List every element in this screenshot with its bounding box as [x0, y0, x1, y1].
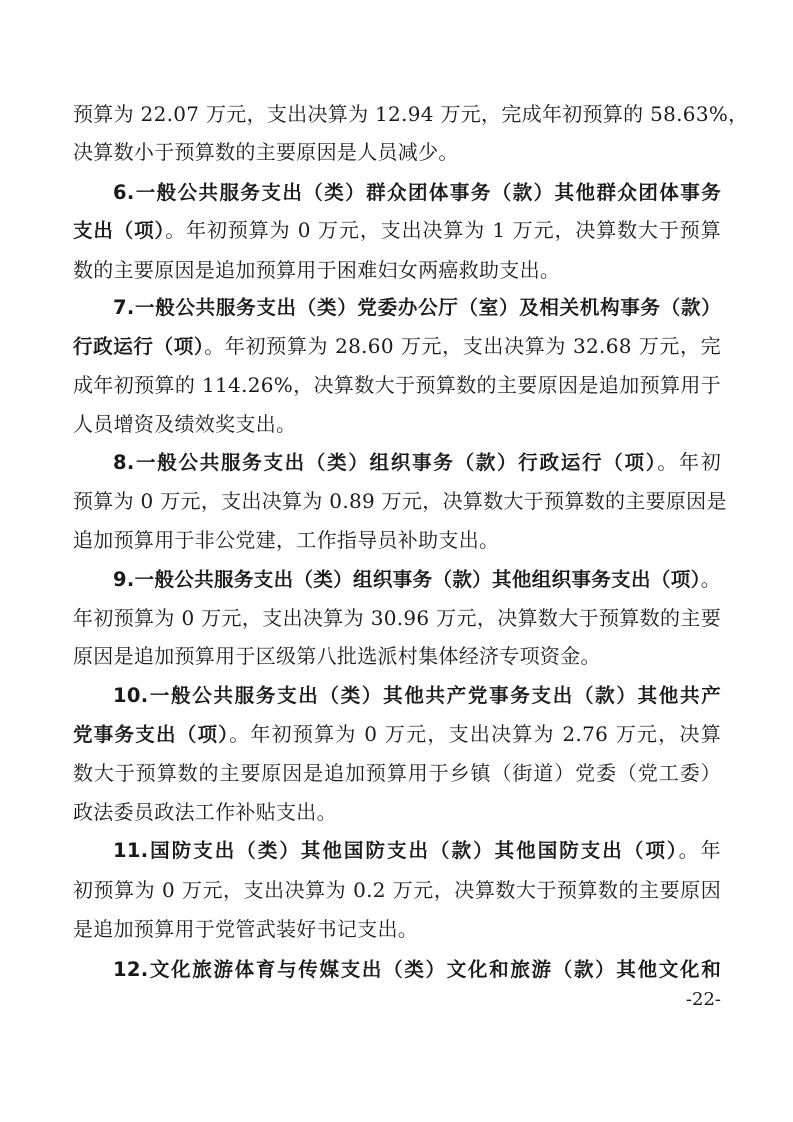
item-heading-line: 9.一般公共服务支出（类）组织事务（款）其他组织事务支出（项）。 [113, 564, 721, 594]
item-heading-text: 10.一般公共服务支出（类）其他共产党事务支出（款）其他共产 [113, 684, 721, 707]
paragraph-line: 年初预算为 0 万元，支出决算为 30.96 万元，决算数大于预算数的主要 [73, 603, 721, 633]
body-text: 人员增资及绩效奖支出。 [73, 412, 296, 436]
paragraph-line: 是追加预算用于党管武装好书记支出。 [73, 914, 721, 944]
body-text: 政法委员政法工作补贴支出。 [73, 800, 337, 824]
item-heading-line: 11.国防支出（类）其他国防支出（款）其他国防支出（项）。年 [113, 835, 721, 865]
body-text: 追加预算用于非公党建，工作指导员补助支出。 [73, 528, 499, 552]
paragraph-line: 追加预算用于非公党建，工作指导员补助支出。 [73, 525, 721, 555]
body-text: 原因是追加预算用于区级第八批选派村集体经济专项资金。 [73, 644, 601, 668]
paragraph-line: 党事务支出（项）。年初预算为 0 万元，支出决算为 2.76 万元，决算 [73, 719, 721, 749]
item-heading-line: 7.一般公共服务支出（类）党委办公厅（室）及相关机构事务（款） [113, 292, 721, 322]
item-heading-text: 支出（项） [73, 219, 165, 242]
item-heading-line: 6.一般公共服务支出（类）群众团体事务（款）其他群众团体事务 [113, 177, 721, 207]
body-text: 。年初预算为 0 万元，支出决算为 2.76 万元，决算 [229, 722, 721, 746]
body-text: 成年初预算的 114.26%，决算数大于预算数的主要原因是追加预算用于 [73, 373, 721, 397]
paragraph-line: 预算为 0 万元，支出决算为 0.89 万元，决算数大于预算数的主要原因是 [73, 486, 721, 516]
paragraph-line: 决算数小于预算数的主要原因是人员减少。 [73, 137, 721, 167]
item-heading-text: 8.一般公共服务支出（类）组织事务（款）行政运行（项） [113, 451, 657, 474]
body-text: 年初预算为 0 万元，支出决算为 30.96 万元，决算数大于预算数的主要 [73, 606, 721, 630]
body-text: 。年初 [657, 450, 721, 474]
paragraph-line: 政法委员政法工作补贴支出。 [73, 797, 721, 827]
paragraph-line: 成年初预算的 114.26%，决算数大于预算数的主要原因是追加预算用于 [73, 370, 721, 400]
paragraph-line: 数的主要原因是追加预算用于困难妇女两癌救助支出。 [73, 255, 721, 285]
item-heading-text: 党事务支出（项） [73, 723, 229, 746]
paragraph-line: 初预算为 0 万元，支出决算为 0.2 万元，决算数大于预算数的主要原因 [73, 875, 721, 905]
page-number: -22- [686, 988, 721, 1012]
item-heading-line: 10.一般公共服务支出（类）其他共产党事务支出（款）其他共产 [113, 680, 721, 710]
paragraph-line: 预算为 22.07 万元，支出决算为 12.94 万元，完成年初预算的 58.6… [73, 99, 721, 129]
item-heading-text: 行政运行（项） [73, 335, 204, 358]
item-heading-text: 9.一般公共服务支出（类）组织事务（款）其他组织事务支出（项） [113, 568, 701, 591]
body-text: 是追加预算用于党管武装好书记支出。 [73, 917, 418, 941]
paragraph-line: 人员增资及绩效奖支出。 [73, 409, 721, 439]
body-text: 数大于预算数的主要原因是追加预算用于乡镇（街道）党委（党工委） [73, 761, 721, 785]
body-text: 预算为 0 万元，支出决算为 0.89 万元，决算数大于预算数的主要原因是 [73, 489, 727, 513]
item-heading-line: 8.一般公共服务支出（类）组织事务（款）行政运行（项）。年初 [113, 447, 721, 477]
paragraph-line: 数大于预算数的主要原因是追加预算用于乡镇（街道）党委（党工委） [73, 758, 721, 788]
paragraph-line: 支出（项）。年初预算为 0 万元，支出决算为 1 万元，决算数大于预算 [73, 215, 721, 245]
item-heading-text: 11.国防支出（类）其他国防支出（款）其他国防支出（项） [113, 839, 679, 862]
item-heading-line: 12.文化旅游体育与传媒支出（类）文化和旅游（款）其他文化和 [113, 954, 721, 984]
body-text: 数的主要原因是追加预算用于困难妇女两癌救助支出。 [73, 258, 560, 282]
body-text: 决算数小于预算数的主要原因是人员减少。 [73, 140, 459, 164]
body-text: 。年初预算为 28.60 万元，支出决算为 32.68 万元，完 [204, 334, 721, 358]
body-text: 。年初预算为 0 万元，支出决算为 1 万元，决算数大于预算 [165, 218, 721, 242]
paragraph-line: 原因是追加预算用于区级第八批选派村集体经济专项资金。 [73, 641, 721, 671]
paragraph-line: 行政运行（项）。年初预算为 28.60 万元，支出决算为 32.68 万元，完 [73, 331, 721, 361]
item-heading-text: 6.一般公共服务支出（类）群众团体事务（款）其他群众团体事务 [113, 181, 721, 204]
document-page: 预算为 22.07 万元，支出决算为 12.94 万元，完成年初预算的 58.6… [0, 0, 793, 1122]
body-text: 。 [701, 567, 721, 591]
body-text: 预算为 22.07 万元，支出决算为 12.94 万元，完成年初预算的 58.6… [73, 102, 748, 126]
item-heading-text: 12.文化旅游体育与传媒支出（类）文化和旅游（款）其他文化和 [113, 958, 721, 981]
item-heading-text: 7.一般公共服务支出（类）党委办公厅（室）及相关机构事务（款） [113, 296, 721, 319]
body-text: 初预算为 0 万元，支出决算为 0.2 万元，决算数大于预算数的主要原因 [73, 878, 721, 902]
body-text: 。年 [679, 838, 721, 862]
